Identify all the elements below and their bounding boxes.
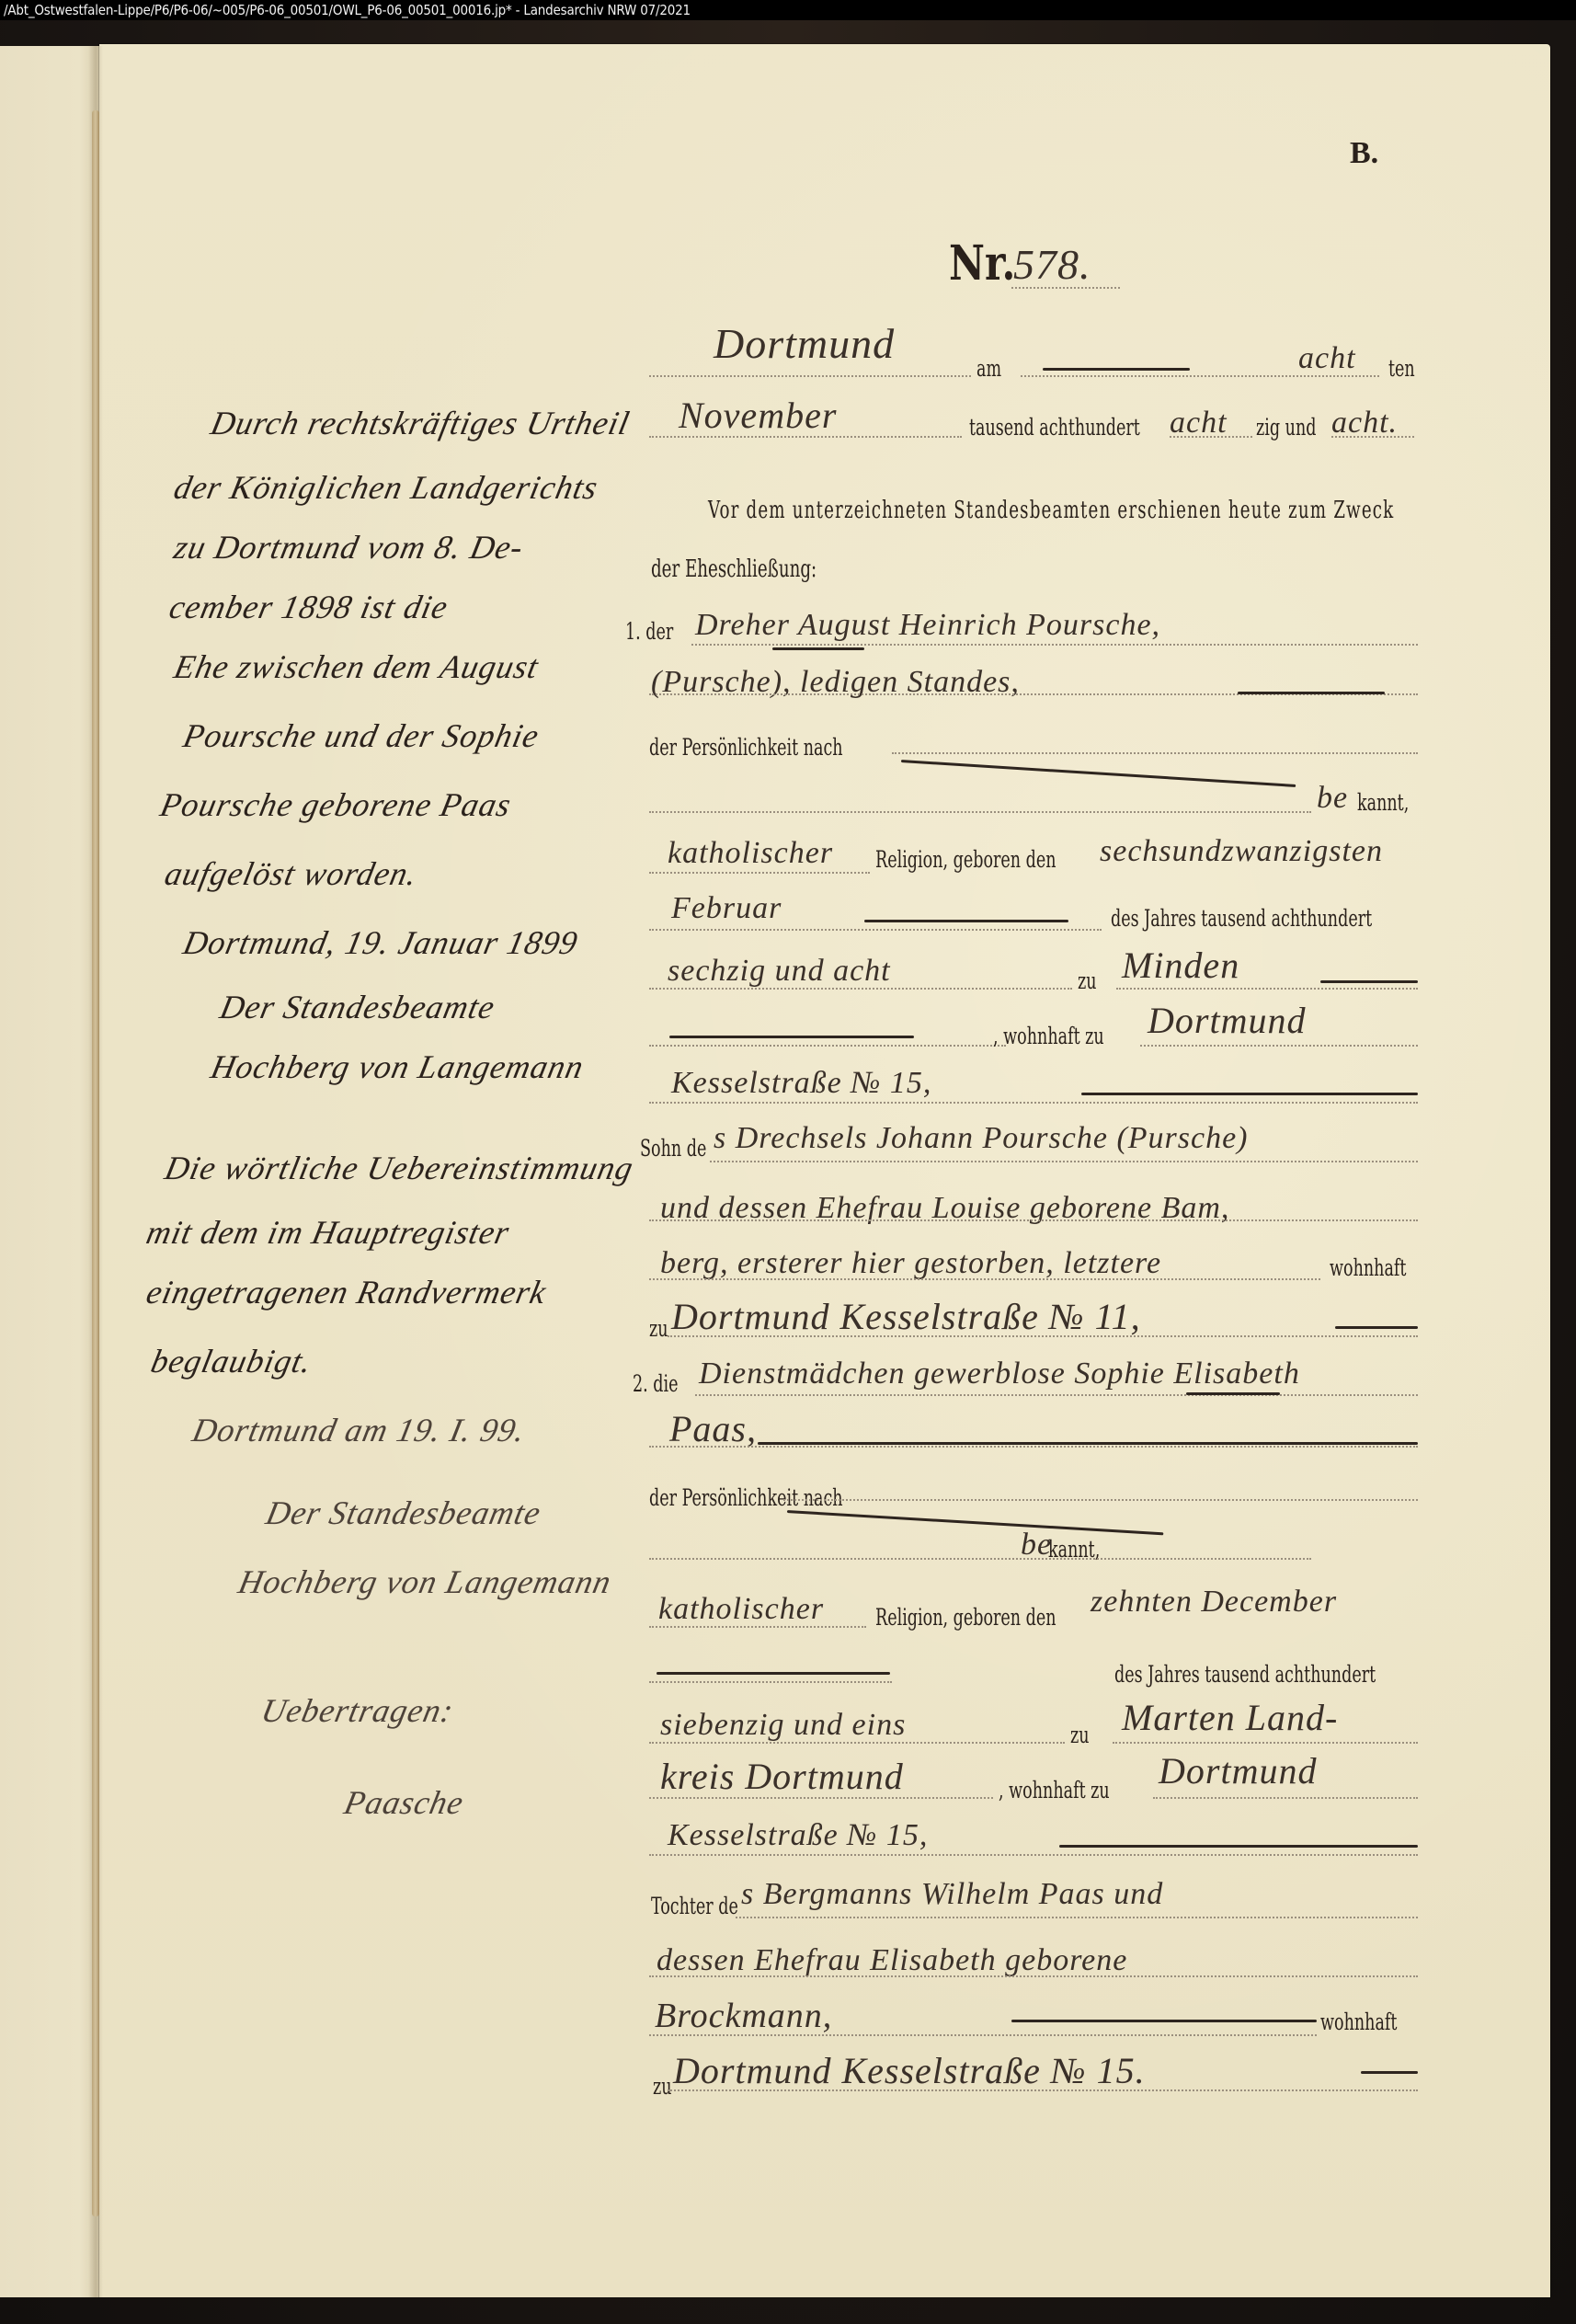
groom-religion: katholischer — [668, 835, 833, 872]
bride-religion-label: Religion, geboren den — [875, 1604, 1056, 1631]
underline-august — [772, 647, 864, 650]
bride-persoenlichkeit-label: der Persönlichkeit nach — [649, 1484, 843, 1512]
underline-sophie — [1186, 1392, 1280, 1395]
bride-religion: katholischer — [658, 1591, 824, 1628]
bride-father: s Bergmanns Wilhelm Paas und — [741, 1876, 1163, 1913]
file-path-bar: /Abt_Ostwestfalen-Lippe/P6/P6-06/~005/P6… — [0, 0, 1576, 20]
margin-line: Ehe zwischen dem August — [171, 648, 542, 685]
groom-father-fill — [710, 1161, 1418, 1162]
margin-line: mit dem im Hauptregister — [143, 1214, 513, 1251]
groom-place-fill — [1116, 988, 1418, 990]
bride-mother-line-2: Brockmann, — [655, 1998, 832, 2034]
groom-street: Kesselstraße № 15, — [671, 1065, 931, 1102]
groom-residence: Dortmund — [1148, 1002, 1306, 1039]
groom-bekannt-label: kannt, — [1357, 789, 1409, 817]
groom-blank-fill — [649, 1045, 1006, 1047]
cancel-stroke — [1361, 2071, 1418, 2074]
bride-line-2: Paas, — [669, 1411, 757, 1448]
bride-birth-place-2: kreis Dortmund — [660, 1758, 904, 1795]
bride-mother-fill — [649, 1975, 1418, 1977]
place-fill-line — [649, 375, 971, 377]
margin-line: cember 1898 ist die — [166, 589, 451, 625]
bride-index-label: 2. die — [633, 1370, 679, 1398]
groom-mother-fill-2 — [649, 1278, 1320, 1280]
margin-line: zu Dortmund vom 8. De- — [171, 529, 527, 566]
margin-line: Hochberg von Langemann — [235, 1563, 615, 1600]
groom-zu-label-2: zu — [649, 1315, 668, 1343]
bride-year-fill — [649, 1742, 1065, 1744]
bride-place-fill-2 — [649, 1797, 993, 1799]
groom-mother-line: und dessen Ehefrau Louise geborene Bam, — [660, 1190, 1229, 1227]
cancel-stroke — [1043, 368, 1190, 371]
form-letter: B. — [1350, 140, 1378, 167]
tausend-label: tausend achthundert — [969, 414, 1140, 441]
groom-mother-line-2: berg, ersterer hier gestorben, letztere — [660, 1245, 1161, 1282]
bride-fill-line-1 — [695, 1394, 1418, 1396]
bride-residence-fill — [1153, 1797, 1418, 1799]
binding-thread — [92, 110, 99, 2216]
margin-line: Der Standesbeamte — [263, 1494, 544, 1531]
bride-street-fill — [649, 1854, 1418, 1856]
place-entry: Dortmund — [714, 326, 895, 362]
bride-father-fill — [736, 1917, 1418, 1918]
bride-birth-day-month: zehnten December — [1091, 1584, 1337, 1620]
intro-line-1: Vor dem unterzeichneten Standesbeamten e… — [708, 497, 1394, 524]
groom-persoenlichkeit-label: der Persönlichkeit nach — [649, 734, 843, 761]
bride-street: Kesselstraße № 15, — [668, 1817, 928, 1854]
bride-wohnhaft-label: , wohnhaft zu — [999, 1777, 1110, 1804]
groom-street-fill — [649, 1102, 1418, 1104]
cancel-stroke — [864, 920, 1068, 922]
month-entry: November — [679, 397, 837, 434]
margin-line: beglaubigt. — [148, 1343, 315, 1380]
bride-birth-year: siebenzig und eins — [660, 1707, 906, 1744]
groom-line-1: Dreher August Heinrich Poursche, — [695, 607, 1160, 644]
day-entry: acht — [1298, 340, 1356, 377]
bride-mother-fill-2 — [649, 2034, 1317, 2036]
groom-father: s Drechsels Johann Poursche (Pursche) — [714, 1120, 1249, 1157]
bride-jahres-label: des Jahres tausend achthundert — [1114, 1661, 1376, 1689]
margin-line: Uebertragen: — [258, 1692, 457, 1729]
record-number-label: Nr. — [949, 250, 1015, 278]
bride-wohnhaft-label-2: wohnhaft — [1320, 2009, 1397, 2036]
bride-month-fill — [649, 1681, 892, 1683]
cancel-stroke — [669, 1036, 914, 1038]
groom-religion-label: Religion, geboren den — [875, 846, 1056, 874]
margin-line: Dortmund, 19. Januar 1899 — [180, 924, 582, 961]
margin-line: eingetragenen Randvermerk — [143, 1274, 550, 1311]
bride-birth-place: Marten Land- — [1122, 1700, 1338, 1736]
groom-mother-fill — [649, 1219, 1418, 1221]
groom-fill-line-3 — [649, 811, 1311, 813]
groom-index-label: 1. der — [625, 618, 673, 646]
bride-religion-fill — [649, 1626, 866, 1628]
bride-residence: Dortmund — [1159, 1753, 1317, 1790]
cancel-stroke — [1335, 1326, 1418, 1329]
zig-und-label: zig und — [1256, 414, 1316, 441]
bride-parents-residence: Dortmund Kesselstraße № 15. — [673, 2053, 1146, 2089]
bride-zu-label-2: zu — [653, 2073, 672, 2101]
cancel-stroke — [657, 1672, 890, 1675]
ten-label: ten — [1388, 355, 1415, 383]
margin-line: Durch rechtskräftiges Urtheil — [208, 405, 634, 441]
groom-jahres-label: des Jahres tausend achthundert — [1111, 905, 1372, 933]
groom-bekannt-hand: be — [1317, 780, 1348, 817]
margin-line: Hochberg von Langemann — [208, 1048, 588, 1085]
groom-birth-year: sechzig und acht — [668, 953, 891, 990]
month-fill-line — [649, 436, 962, 438]
facing-page-edge — [0, 46, 99, 2297]
cancel-stroke — [1081, 1093, 1418, 1095]
intro-line-2: der Eheschließung: — [651, 555, 817, 583]
groom-month-fill — [649, 929, 1102, 931]
groom-wohnhaft-label: , wohnhaft zu — [993, 1023, 1104, 1050]
bride-line-1: Dienstmädchen gewerblose Sophie Elisabet… — [699, 1356, 1300, 1392]
groom-line-2: (Pursche), ledigen Standes, — [651, 664, 1020, 701]
cancel-stroke — [1320, 980, 1418, 983]
groom-residence-fill — [1140, 1045, 1418, 1047]
bride-fill-line-2 — [649, 1446, 1418, 1448]
margin-line: Poursche und der Sophie — [180, 717, 542, 754]
margin-line: der Königlichen Landgerichts — [171, 469, 601, 506]
unit-fill-line — [1331, 436, 1414, 438]
cancel-stroke — [1238, 692, 1385, 694]
cancel-stroke — [758, 1442, 1418, 1445]
groom-wohnhaft-label-2: wohnhaft — [1330, 1254, 1406, 1282]
margin-line: Der Standesbeamte — [217, 989, 498, 1025]
margin-line: Poursche geborene Paas — [157, 786, 515, 823]
sohn-label: Sohn de — [640, 1135, 706, 1162]
groom-persoenlichkeit-fill — [892, 752, 1418, 754]
bride-zu-label: zu — [1070, 1722, 1090, 1749]
margin-line: Die wörtliche Uebereinstimmung — [162, 1150, 637, 1186]
groom-birth-place: Minden — [1122, 947, 1239, 984]
groom-year-fill — [649, 988, 1072, 990]
number-fill-line — [1011, 287, 1120, 289]
groom-fill-line-1 — [691, 644, 1418, 646]
groom-birth-day: sechsundzwanzigsten — [1100, 833, 1383, 870]
groom-parents-residence: Dortmund Kesselstraße № 11, — [671, 1299, 1141, 1335]
groom-birth-month: Februar — [671, 890, 782, 927]
decade-fill-line — [1170, 436, 1252, 438]
groom-religion-fill — [649, 872, 870, 874]
margin-signature: Paasche — [341, 1784, 467, 1821]
tochter-label: Tochter de — [651, 1893, 738, 1920]
margin-line: Dortmund am 19. I. 99. — [189, 1412, 530, 1448]
cancel-stroke — [1011, 2020, 1317, 2022]
bride-mother-line: dessen Ehefrau Elisabeth geborene — [657, 1942, 1127, 1979]
margin-line: aufgelöst worden. — [162, 855, 421, 892]
groom-parents-fill — [668, 1335, 1418, 1337]
bride-place-fill — [1113, 1742, 1418, 1744]
bride-fill-line-3 — [649, 1558, 1311, 1560]
cancel-stroke — [1059, 1845, 1418, 1848]
groom-zu-label: zu — [1078, 967, 1097, 995]
bride-parents-fill — [668, 2089, 1418, 2091]
am-label: am — [976, 355, 1001, 383]
record-number-value: 578. — [1013, 246, 1091, 283]
bride-persoenlichkeit-fill — [783, 1499, 1418, 1501]
